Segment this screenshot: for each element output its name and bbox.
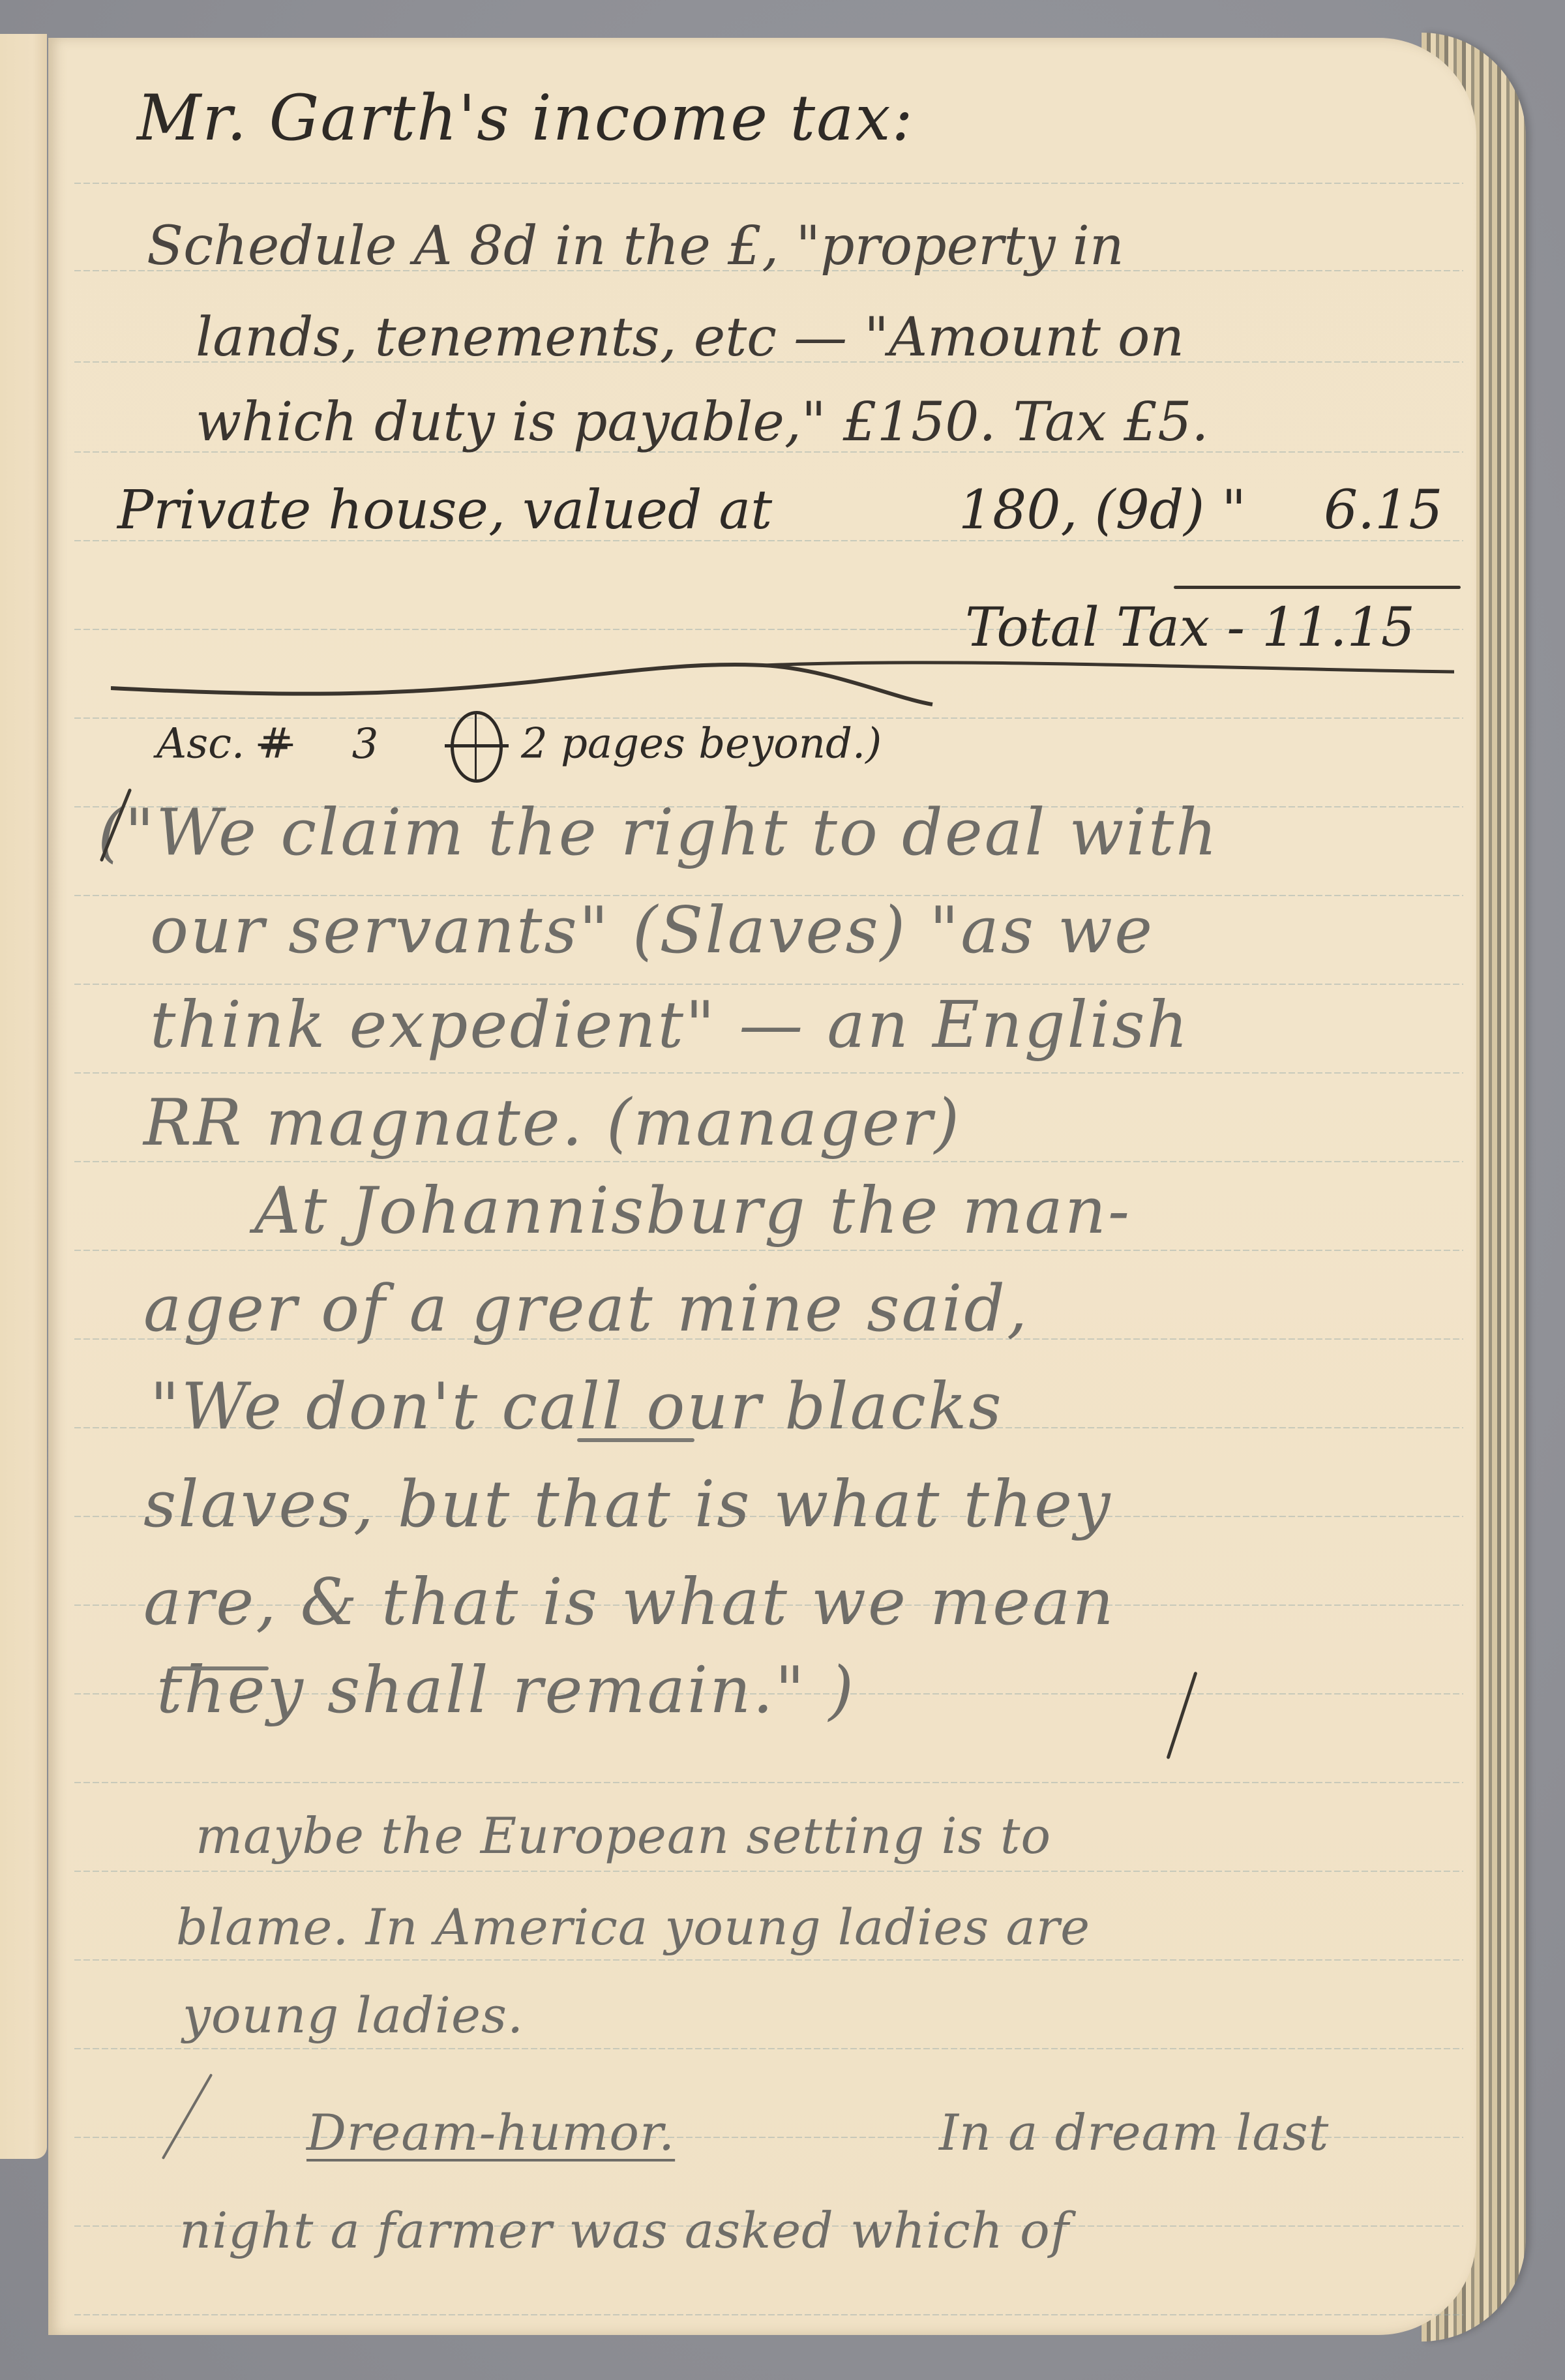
asc-number: 3 <box>352 720 379 768</box>
johannisburg-line-4: slaves, but that is what they <box>143 1468 1112 1542</box>
underline-call <box>577 1438 694 1442</box>
separator-curve <box>111 659 1454 711</box>
asc-struck-symbol: # <box>258 720 293 768</box>
johannisburg-line-2: ager of a great mine said, <box>143 1272 1029 1346</box>
quote-line-1: ("We claim the right to deal with <box>98 796 1219 870</box>
european-line-2: blame. In America young ladies are <box>176 1898 1090 1956</box>
total-tax: Total Tax - 11.15 <box>965 597 1415 659</box>
ruled-line <box>74 2314 1463 2315</box>
crossed-circle-icon <box>451 711 503 783</box>
tax-line-1: Schedule A 8d in the £, "property in <box>147 215 1124 277</box>
private-house-value: 180, (9d) " <box>959 479 1246 541</box>
asc-note: Asc. # 3 2 pages beyond.) <box>156 711 882 783</box>
facing-page-edge <box>0 34 47 2159</box>
asc-pages-note: 2 pages beyond.) <box>521 720 882 768</box>
dream-line-1: In a dream last <box>939 2103 1329 2162</box>
ruled-line <box>74 1161 1463 1162</box>
heading-income-tax: Mr. Garth's income tax: <box>137 82 914 155</box>
quote-line-3: think expedient" — an English <box>150 988 1190 1062</box>
ruled-line <box>74 1250 1463 1251</box>
private-house-tax: 6.15 <box>1324 479 1443 541</box>
tax-line-2: lands, tenements, etc — "Amount on <box>196 307 1184 369</box>
dream-humor-heading: Dream-humor. <box>306 2103 675 2162</box>
european-line-3: young ladies. <box>183 1986 524 2044</box>
ruled-line <box>74 1072 1463 1074</box>
quote-line-4: RR magnate. (manager) <box>143 1086 961 1160</box>
johannisburg-line-1: At Johannisburg the man- <box>254 1174 1131 1248</box>
johannisburg-line-5: are, & that is what we mean <box>143 1565 1116 1640</box>
ruled-line <box>74 1959 1463 1961</box>
ruled-line <box>74 183 1463 184</box>
quote-line-2: our servants" (Slaves) "as we <box>150 894 1154 968</box>
private-house-label: Private house, valued at <box>117 479 772 541</box>
dream-line-2: night a farmer was asked which of <box>179 2201 1069 2259</box>
johannisburg-line-3: "We don't call our blacks <box>150 1370 1004 1444</box>
ruled-line <box>74 1871 1463 1872</box>
ruled-line <box>74 2048 1463 2049</box>
underline-are <box>171 1666 269 1670</box>
ruled-line <box>74 1782 1463 1783</box>
ruled-line <box>74 984 1463 985</box>
tax-line-3: which duty is payable," £150. Tax £5. <box>196 391 1208 453</box>
asc-prefix: Asc. <box>156 720 245 768</box>
johannisburg-line-6: they shall remain." ) <box>156 1653 856 1728</box>
european-line-1: maybe the European setting is to <box>196 1807 1051 1865</box>
sum-rule <box>1174 586 1461 589</box>
